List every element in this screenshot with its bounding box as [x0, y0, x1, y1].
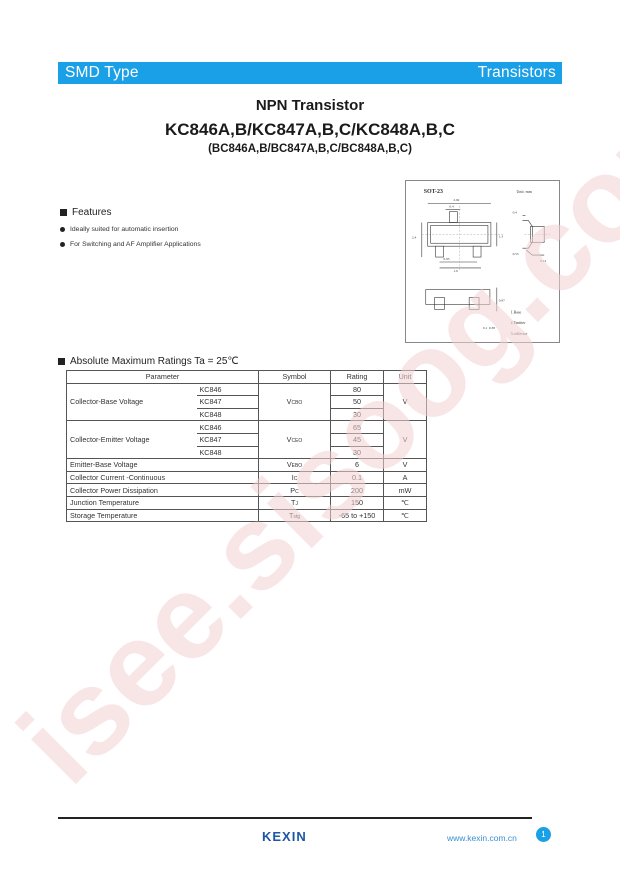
symbol-subscript: stg	[293, 514, 300, 520]
features-section: Features Ideally suited for automatic in…	[60, 207, 201, 252]
symbol-subscript: EBO	[292, 463, 303, 469]
col-header-unit: Unit	[384, 371, 427, 384]
parameter-cell: Collector-Emitter Voltage	[67, 421, 197, 459]
table-row: Collector Power DissipationPC200mW	[67, 484, 427, 497]
rating-cell: 30	[331, 446, 384, 459]
table-row: Collector-Base VoltageKC846VCBO80V	[67, 383, 427, 396]
symbol-cell: VCBO	[259, 383, 331, 421]
bullet-icon	[60, 227, 65, 232]
dim-label: 0.12	[540, 259, 546, 263]
symbol-cell: IC	[259, 471, 331, 484]
dim-label: 0.95	[444, 257, 450, 261]
pin-label: 2.Emitter	[511, 320, 526, 325]
symbol-cell: Tstg	[259, 509, 331, 522]
package-outline-drawing: SOT-23 Unit: mm 2.	[405, 180, 560, 343]
dim-label: 1.3	[499, 234, 504, 238]
dim-label: 0.97	[499, 298, 505, 302]
dim-label: 2.92	[453, 198, 459, 202]
ratings-heading: Absolute Maximum Ratings Ta = 25℃	[58, 356, 239, 367]
symbol-subscript: CBO	[291, 400, 302, 406]
col-header-parameter: Parameter	[67, 371, 259, 384]
feature-text: For Switching and AF Amplifier Applicati…	[70, 237, 201, 252]
feature-text: Ideally suited for automatic insertion	[70, 222, 178, 237]
rating-cell: -65 to +150	[331, 509, 384, 522]
unit-cell: mW	[384, 484, 427, 497]
absolute-maximum-ratings-table: Parameter Symbol Rating Unit Collector-B…	[66, 370, 427, 522]
dim-label: 0.38	[489, 326, 495, 330]
symbol-cell: VEBO	[259, 459, 331, 472]
symbol-cell: TJ	[259, 496, 331, 509]
dim-label: 0.1	[483, 326, 488, 330]
rating-cell: 45	[331, 433, 384, 446]
table-header-row: Parameter Symbol Rating Unit	[67, 371, 427, 384]
unit-cell: A	[384, 471, 427, 484]
square-bullet-icon	[60, 209, 67, 216]
package-name: SOT-23	[424, 189, 443, 195]
symbol-cell: PC	[259, 484, 331, 497]
dim-label: 0.4	[449, 205, 454, 209]
ratings-heading-text: Absolute Maximum Ratings Ta = 25℃	[70, 356, 239, 367]
table-row: Collector-Emitter VoltageKC846VCEO65V	[67, 421, 427, 434]
features-heading-text: Features	[72, 207, 111, 218]
parameter-cell: Storage Temperature	[67, 509, 259, 522]
equivalent-parts-title: (BC846A,B/BC847A,B,C/BC848A,B,C)	[0, 143, 620, 155]
dim-label: 2.4	[412, 235, 417, 239]
rating-cell: 150	[331, 496, 384, 509]
unit-cell: V	[384, 459, 427, 472]
pin-label: 1.Base	[511, 309, 522, 314]
rating-cell: 200	[331, 484, 384, 497]
model-cell: KC847	[197, 433, 259, 446]
parameter-cell: Emitter-Base Voltage	[67, 459, 259, 472]
symbol-cell: VCEO	[259, 421, 331, 459]
footer-divider	[58, 817, 532, 819]
symbol-subscript: C	[294, 476, 298, 482]
parameter-cell: Collector-Base Voltage	[67, 383, 197, 421]
feature-item: For Switching and AF Amplifier Applicati…	[60, 237, 201, 252]
parameter-cell: Collector Power Dissipation	[67, 484, 259, 497]
model-cell: KC847	[197, 396, 259, 409]
square-bullet-icon	[58, 358, 65, 365]
kexin-logo: KEXIN	[262, 829, 307, 844]
unit-cell: V	[384, 421, 427, 459]
model-cell: KC846	[197, 421, 259, 434]
header-category: Transistors	[478, 64, 556, 82]
unit-cell: ℃	[384, 496, 427, 509]
features-heading: Features	[60, 207, 201, 218]
rating-cell: 30	[331, 408, 384, 421]
table-row: Junction TemperatureTJ150℃	[67, 496, 427, 509]
bullet-icon	[60, 242, 65, 247]
col-header-rating: Rating	[331, 371, 384, 384]
rating-cell: 65	[331, 421, 384, 434]
table-row: Storage TemperatureTstg-65 to +150℃	[67, 509, 427, 522]
package-unit: Unit: mm	[517, 189, 532, 194]
header-bar: SMD Type Transistors	[58, 62, 562, 84]
page-number-badge: 1	[536, 827, 551, 842]
device-type-title: NPN Transistor	[0, 97, 620, 114]
symbol-subscript: CEO	[291, 438, 302, 444]
table-row: Emitter-Base VoltageVEBO6V	[67, 459, 427, 472]
website-url[interactable]: www.kexin.com.cn	[447, 833, 517, 843]
unit-cell: ℃	[384, 509, 427, 522]
unit-cell: V	[384, 383, 427, 421]
pin-label: 3.collector	[511, 331, 528, 336]
model-cell: KC848	[197, 408, 259, 421]
dim-label: 0.55	[513, 252, 519, 256]
symbol-subscript: C	[295, 489, 299, 495]
rating-cell: 6	[331, 459, 384, 472]
symbol-subscript: J	[295, 501, 298, 507]
part-numbers-title: KC846A,B/KC847A,B,C/KC848A,B,C	[0, 120, 620, 140]
table-row: Collector Current -ContinuousIC0.1A	[67, 471, 427, 484]
rating-cell: 50	[331, 396, 384, 409]
dim-label: 0.4	[513, 211, 518, 215]
rating-cell: 0.1	[331, 471, 384, 484]
rating-cell: 80	[331, 383, 384, 396]
model-cell: KC848	[197, 446, 259, 459]
feature-item: Ideally suited for automatic insertion	[60, 222, 201, 237]
parameter-cell: Collector Current -Continuous	[67, 471, 259, 484]
col-header-symbol: Symbol	[259, 371, 331, 384]
model-cell: KC846	[197, 383, 259, 396]
parameter-cell: Junction Temperature	[67, 496, 259, 509]
features-list: Ideally suited for automatic insertion F…	[60, 222, 201, 252]
dim-label: 1.9	[453, 269, 458, 273]
header-doc-type: SMD Type	[65, 64, 139, 82]
